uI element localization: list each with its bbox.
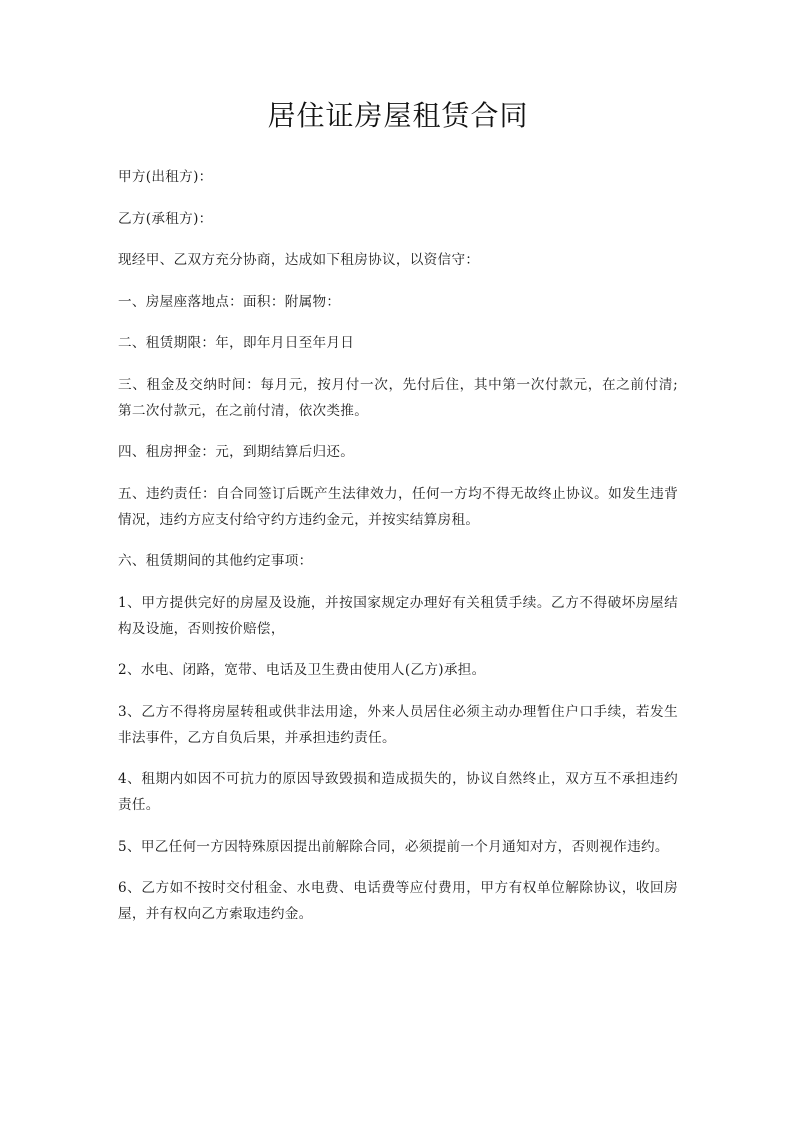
document-body: 甲方(出租方)： 乙方(承租方)： 现经甲、乙双方充分协商，达成如下租房协议，以… xyxy=(118,164,678,943)
term-item-5: 5、甲乙任何一方因特殊原因提出前解除合同，必须提前一个月通知对方，否则视作违约。 xyxy=(118,834,678,860)
clause-2-term: 二、租赁期限：年，即年月日至年月日 xyxy=(118,330,678,356)
clause-5-breach: 五、违约责任：自合同签订后既产生法律效力，任何一方均不得无故终止协议。如发生违背… xyxy=(118,481,678,533)
clause-1-location: 一、房屋座落地点：面积：附属物： xyxy=(118,289,678,315)
term-item-2: 2、水电、闭路，宽带、电话及卫生费由使用人(乙方)承担。 xyxy=(118,657,678,683)
clause-3-rent: 三、租金及交纳时间：每月元，按月付一次，先付后住，其中第一次付款元，在之前付清;… xyxy=(118,372,678,424)
clause-4-deposit: 四、租房押金：元，到期结算后归还。 xyxy=(118,439,678,465)
term-item-4: 4、租期内如因不可抗力的原因导致毁损和造成损失的，协议自然终止，双方互不承担违约… xyxy=(118,766,678,818)
party-a-line: 甲方(出租方)： xyxy=(118,164,678,190)
term-item-6: 6、乙方如不按时交付租金、水电费、电话费等应付费用，甲方有权单位解除协议，收回房… xyxy=(118,875,678,927)
party-b-line: 乙方(承租方)： xyxy=(118,206,678,232)
document-title: 居住证房屋租赁合同 xyxy=(118,96,678,136)
term-item-1: 1、甲方提供完好的房屋及设施，并按国家规定办理好有关租赁手续。乙方不得破坏房屋结… xyxy=(118,590,678,642)
preamble: 现经甲、乙双方充分协商，达成如下租房协议，以资信守： xyxy=(118,247,678,273)
term-item-3: 3、乙方不得将房屋转租或供非法用途，外来人员居住必须主动办理暂住户口手续，若发生… xyxy=(118,699,678,751)
clause-6-other-terms: 六、租赁期间的其他约定事项： xyxy=(118,548,678,574)
